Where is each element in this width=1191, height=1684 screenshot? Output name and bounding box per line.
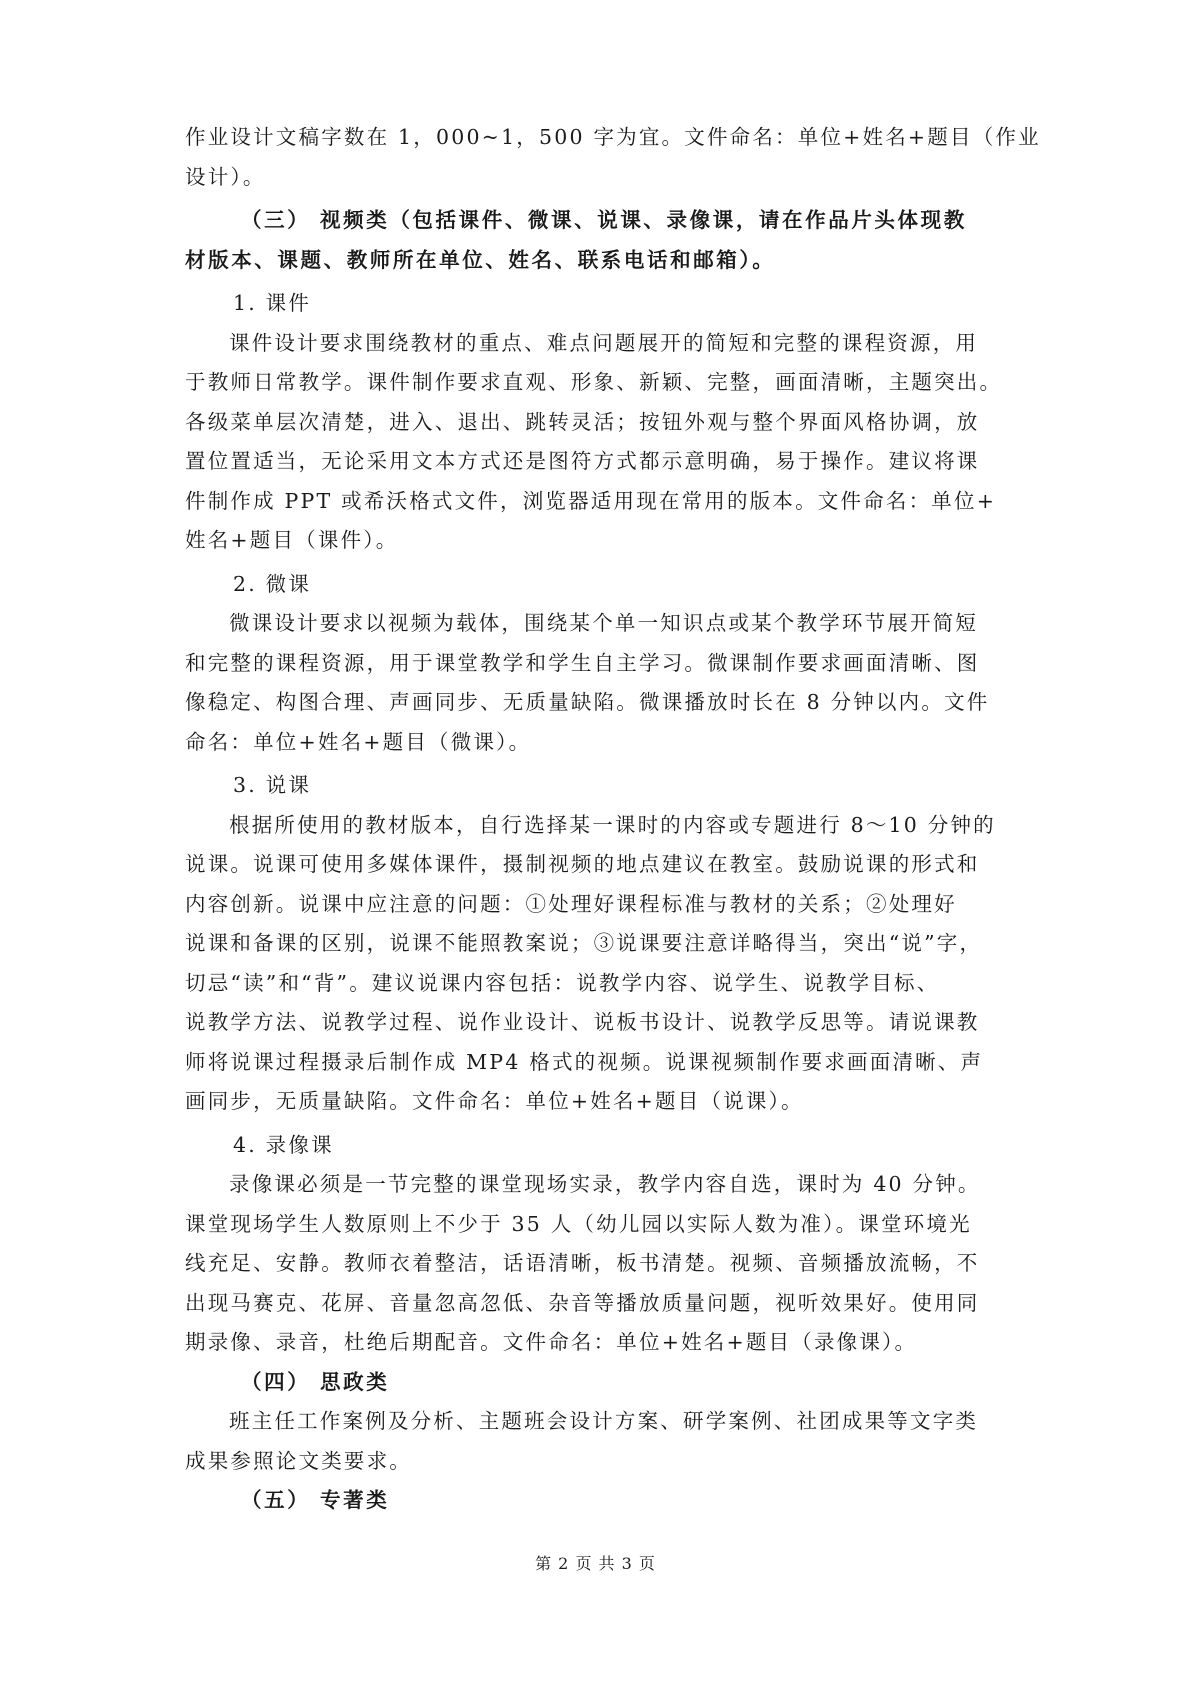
paragraph-line: 说课和备课的区别，说课不能照教案说；③说课要注意详略得当，突出“说”字，	[185, 924, 1015, 964]
section-heading-video-cont: 材版本、课题、教师所在单位、姓名、联系电话和邮箱）。	[185, 241, 1015, 281]
paragraph-line: 期录像、录音，杜绝后期配音。文件命名：单位+姓名+题目（录像课）。	[185, 1323, 1015, 1363]
section-heading-ideology: （四） 思政类	[185, 1363, 1015, 1403]
paragraph-line: 设计）。	[185, 158, 1015, 198]
paragraph-line: 姓名+题目（课件）。	[185, 521, 1015, 561]
paragraph-line: 班主任工作案例及分析、主题班会设计方案、研学案例、社团成果等文字类	[185, 1402, 1015, 1442]
subheading-courseware: 1. 课件	[185, 284, 1015, 324]
paragraph-line: 说课。说课可使用多媒体课件，摄制视频的地点建议在教室。鼓励说课的形式和	[185, 845, 1015, 885]
paragraph-line: 置位置适当，无论采用文本方式还是图符方式都示意明确，易于操作。建议将课	[185, 442, 1015, 482]
section-heading-video: （三） 视频类（包括课件、微课、说课、录像课，请在作品片头体现教	[185, 201, 1015, 241]
document-page: 作业设计文稿字数在 1，000~1，500 字为宜。文件命名：单位+姓名+题目（…	[185, 118, 1015, 1521]
subheading-recorded-lesson: 4. 录像课	[185, 1126, 1015, 1166]
paragraph-line: 内容创新。说课中应注意的问题：①处理好课程标准与教材的关系；②处理好	[185, 885, 1015, 925]
paragraph-line: 根据所使用的教材版本，自行选择某一课时的内容或专题进行 8～10 分钟的	[185, 806, 1015, 846]
paragraph-line: 件制作成 PPT 或希沃格式文件，浏览器适用现在常用的版本。文件命名：单位+	[185, 482, 1015, 522]
paragraph-line: 说教学方法、说教学过程、说作业设计、说板书设计、说教学反思等。请说课教	[185, 1003, 1015, 1043]
paragraph-line: 成果参照论文类要求。	[185, 1442, 1015, 1482]
page-number: 第 2 页 共 3 页	[0, 1551, 1191, 1574]
paragraph-line: 画同步，无质量缺陷。文件命名：单位+姓名+题目（说课）。	[185, 1082, 1015, 1122]
paragraph-line: 课件设计要求围绕教材的重点、难点问题展开的简短和完整的课程资源，用	[185, 324, 1015, 364]
paragraph-line: 线充足、安静。教师衣着整洁，话语清晰，板书清楚。视频、音频播放流畅，不	[185, 1244, 1015, 1284]
section-heading-monograph: （五） 专著类	[185, 1481, 1015, 1521]
paragraph-line: 录像课必须是一节完整的课堂现场实录，教学内容自选，课时为 40 分钟。	[185, 1165, 1015, 1205]
paragraph-line: 于教师日常教学。课件制作要求直观、形象、新颖、完整，画面清晰，主题突出。	[185, 363, 1015, 403]
subheading-lesson-talk: 3. 说课	[185, 766, 1015, 806]
paragraph-line: 像稳定、构图合理、声画同步、无质量缺陷。微课播放时长在 8 分钟以内。文件	[185, 683, 1015, 723]
paragraph-line: 课堂现场学生人数原则上不少于 35 人（幼儿园以实际人数为准）。课堂环境光	[185, 1205, 1015, 1245]
paragraph-line: 各级菜单层次清楚，进入、退出、跳转灵活；按钮外观与整个界面风格协调，放	[185, 403, 1015, 443]
paragraph-line: 师将说课过程摄录后制作成 MP4 格式的视频。说课视频制作要求画面清晰、声	[185, 1043, 1015, 1083]
subheading-microlesson: 2. 微课	[185, 565, 1015, 605]
paragraph-line: 命名：单位+姓名+题目（微课）。	[185, 723, 1015, 763]
paragraph-line: 微课设计要求以视频为载体，围绕某个单一知识点或某个教学环节展开简短	[185, 604, 1015, 644]
paragraph-line: 作业设计文稿字数在 1，000~1，500 字为宜。文件命名：单位+姓名+题目（…	[185, 118, 1015, 158]
paragraph-line: 出现马赛克、花屏、音量忽高忽低、杂音等播放质量问题，视听效果好。使用同	[185, 1284, 1015, 1324]
paragraph-line: 切忌“读”和“背”。建议说课内容包括：说教学内容、说学生、说教学目标、	[185, 964, 1015, 1004]
paragraph-line: 和完整的课程资源，用于课堂教学和学生自主学习。微课制作要求画面清晰、图	[185, 644, 1015, 684]
